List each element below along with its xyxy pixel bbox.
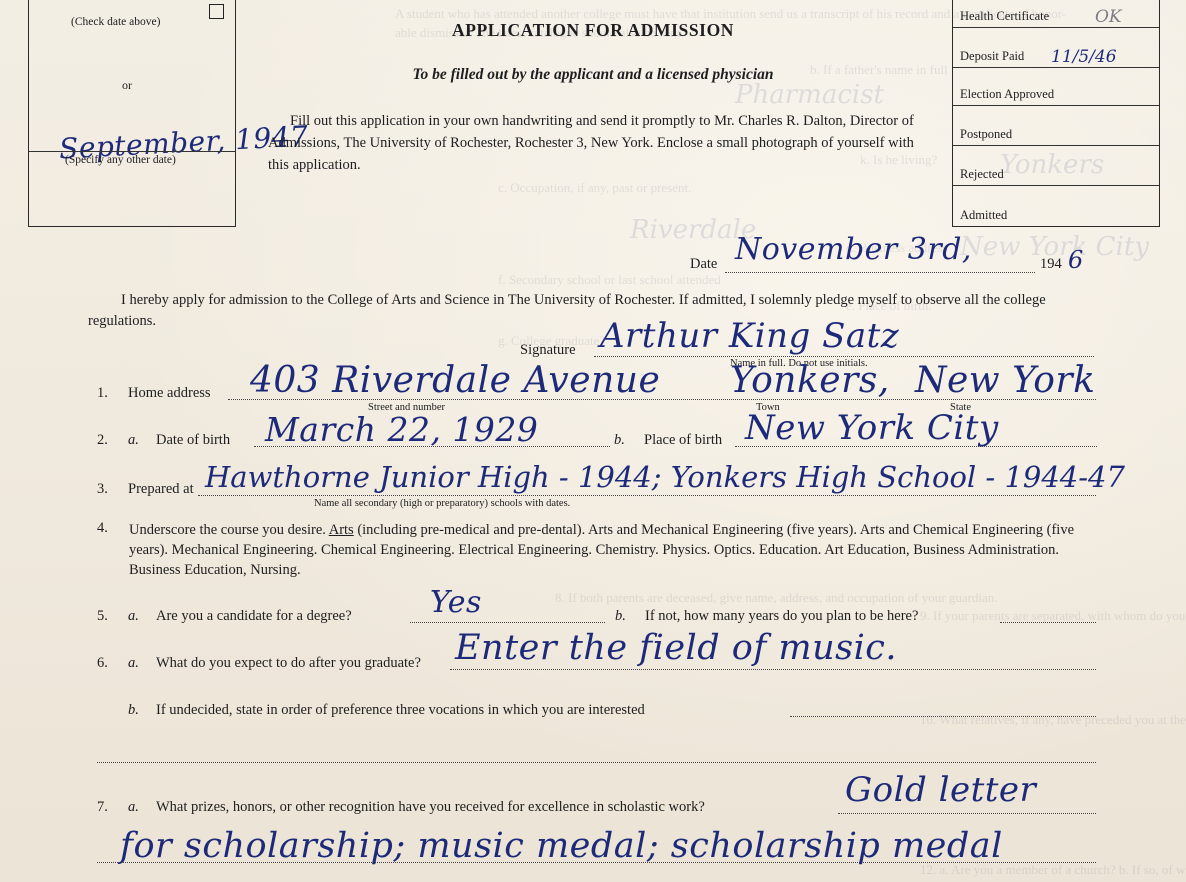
q6-number: 6. <box>97 655 108 672</box>
q4-number: 4. <box>97 520 108 537</box>
q2b-letter: b. <box>614 432 625 449</box>
vocations-line-2 <box>97 762 1096 763</box>
after-graduation-label: What do you expect to do after you gradu… <box>156 655 421 672</box>
scholastic-honors-value-2[interactable]: for scholarship; music medal; scholarshi… <box>120 826 1003 866</box>
date-line <box>725 272 1035 273</box>
date-year-prefix: 194 <box>1040 256 1062 273</box>
office-row-label: Admitted <box>960 208 1007 223</box>
scholastic-honors-line <box>838 813 1096 814</box>
office-row-label: Deposit Paid <box>960 49 1024 64</box>
office-row-postponed: Postponed <box>953 106 1159 146</box>
course-selection: Underscore the course you desire. Arts (… <box>129 520 1099 580</box>
date-of-birth-label: Date of birth <box>156 432 230 449</box>
years-plan-label: If not, how many years do you plan to be… <box>645 608 918 625</box>
vocations-label: If undecided, state in order of preferen… <box>156 702 645 719</box>
prepared-at-line <box>198 495 1096 496</box>
prepared-at-label: Prepared at <box>128 481 194 498</box>
office-row-rejected: Rejected <box>953 146 1159 186</box>
q5b-letter: b. <box>615 608 626 625</box>
date-label: Date <box>690 256 717 273</box>
other-date-label: (Specify any other date) <box>65 154 176 166</box>
q6b-letter: b. <box>128 702 139 719</box>
home-address-street-value[interactable]: 403 Riverdale Avenue <box>250 360 660 401</box>
signature-label: Signature <box>520 342 576 359</box>
date-of-birth-value[interactable]: March 22, 1929 <box>265 410 538 449</box>
q3-number: 3. <box>97 481 108 498</box>
scholastic-honors-value-1[interactable]: Gold letter <box>845 770 1036 810</box>
ghost-text: f. Secondary school or last school atten… <box>498 272 721 288</box>
after-graduation-value[interactable]: Enter the field of music. <box>455 628 897 668</box>
home-address-state-value[interactable]: New York <box>915 360 1095 401</box>
after-graduation-line <box>450 669 1096 670</box>
q7a-letter: a. <box>128 799 139 816</box>
course-option-selected[interactable]: Arts <box>329 522 354 538</box>
degree-candidate-line <box>410 622 605 623</box>
place-of-birth-label: Place of birth <box>644 432 722 449</box>
date-checkbox[interactable] <box>209 4 224 19</box>
years-plan-line <box>1000 622 1096 623</box>
q2-number: 2. <box>97 432 108 449</box>
date-year-digit[interactable]: 6 <box>1068 246 1084 274</box>
document-title: APPLICATION FOR ADMISSION <box>0 20 1186 41</box>
course-lead-text: Underscore the course you desire. <box>129 522 326 538</box>
ghost-handwriting: Pharmacist <box>735 80 884 110</box>
signature-line <box>594 356 1094 357</box>
q5-number: 5. <box>97 608 108 625</box>
office-row-label: Postponed <box>960 127 1012 142</box>
office-row-label: Rejected <box>960 167 1004 182</box>
pledge-paragraph: I hereby apply for admission to the Coll… <box>88 290 1100 332</box>
q1-number: 1. <box>97 385 108 402</box>
degree-candidate-value[interactable]: Yes <box>430 585 482 620</box>
prepared-at-hint: Name all secondary (high or preparatory)… <box>314 498 570 509</box>
document-subtitle: To be filled out by the applicant and a … <box>0 66 1186 84</box>
instructions-paragraph: Fill out this application in your own ha… <box>268 110 928 176</box>
vocations-line <box>790 716 1096 717</box>
ghost-text: c. Occupation, if any, past or present. <box>498 180 691 196</box>
q2a-letter: a. <box>128 432 139 449</box>
office-row-label: Election Approved <box>960 87 1054 102</box>
q6a-letter: a. <box>128 655 139 672</box>
home-address-label: Home address <box>128 385 211 402</box>
home-address-town-value[interactable]: Yonkers, <box>730 360 890 401</box>
scholastic-honors-label: What prizes, honors, or other recognitio… <box>156 799 705 816</box>
q7-number: 7. <box>97 799 108 816</box>
other-date-line <box>29 151 235 152</box>
ghost-text: 10. What relatives, if any, have precede… <box>920 712 1186 728</box>
q5a-letter: a. <box>128 608 139 625</box>
date-value[interactable]: November 3rd, <box>735 232 972 267</box>
ghost-text: 8. If both parents are deceased, give na… <box>555 590 998 606</box>
degree-candidate-label: Are you a candidate for a degree? <box>156 608 352 625</box>
signature-value[interactable]: Arthur King Satz <box>600 316 899 356</box>
prepared-at-value[interactable]: Hawthorne Junior High - 1944; Yonkers Hi… <box>205 460 1125 494</box>
office-row-value: 11/5/46 <box>1051 47 1117 67</box>
place-of-birth-value[interactable]: New York City <box>745 408 999 448</box>
office-row-admitted: Admitted <box>953 186 1159 226</box>
